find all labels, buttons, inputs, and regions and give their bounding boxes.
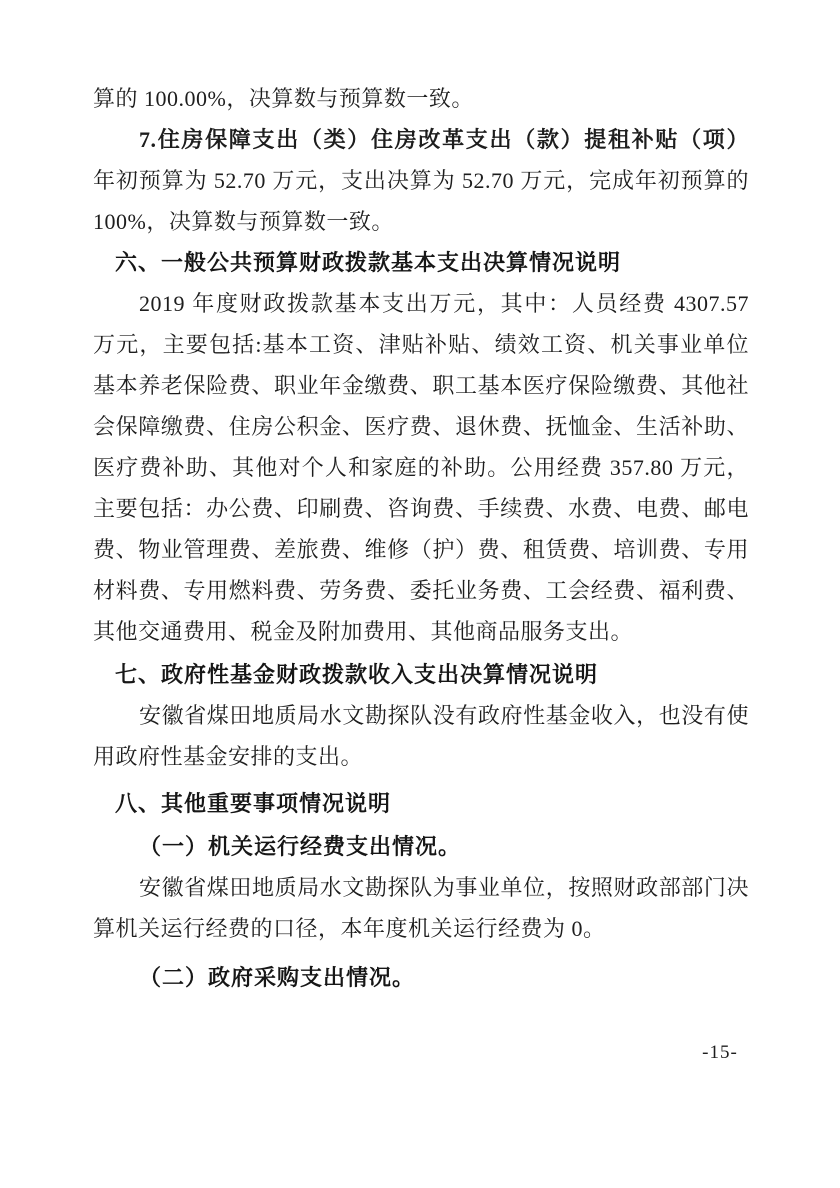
section6-body: 2019 年度财政拨款基本支出万元，其中：人员经费 4307.57 万元，主要包… — [93, 283, 749, 652]
item7-title: 7.住房保障支出（类）住房改革支出（款）提租补贴（项） — [93, 119, 749, 160]
section6-heading: 六、一般公共预算财政拨款基本支出决算情况说明 — [115, 242, 749, 283]
item7-body: 年初预算为 52.70 万元，支出决算为 52.70 万元，完成年初预算的 10… — [93, 160, 749, 242]
page-content: 算的 100.00%，决算数与预算数一致。 7.住房保障支出（类）住房改革支出（… — [93, 78, 749, 998]
paragraph-previous-continuation: 算的 100.00%，决算数与预算数一致。 — [93, 78, 749, 119]
section8-sub1-body: 安徽省煤田地质局水文勘探队为事业单位，按照财政部部门决算机关运行经费的口径，本年… — [93, 867, 749, 949]
section7-body: 安徽省煤田地质局水文勘探队没有政府性基金收入，也没有使用政府性基金安排的支出。 — [93, 695, 749, 777]
page-number: -15- — [690, 1042, 750, 1064]
section7-heading: 七、政府性基金财政拨款收入支出决算情况说明 — [115, 654, 749, 695]
document-page: 算的 100.00%，决算数与预算数一致。 7.住房保障支出（类）住房改革支出（… — [0, 0, 840, 1188]
section8-sub1-heading: （一）机关运行经费支出情况。 — [93, 826, 749, 867]
section8-sub2-heading: （二）政府采购支出情况。 — [93, 957, 749, 998]
section8-heading: 八、其他重要事项情况说明 — [115, 783, 749, 824]
